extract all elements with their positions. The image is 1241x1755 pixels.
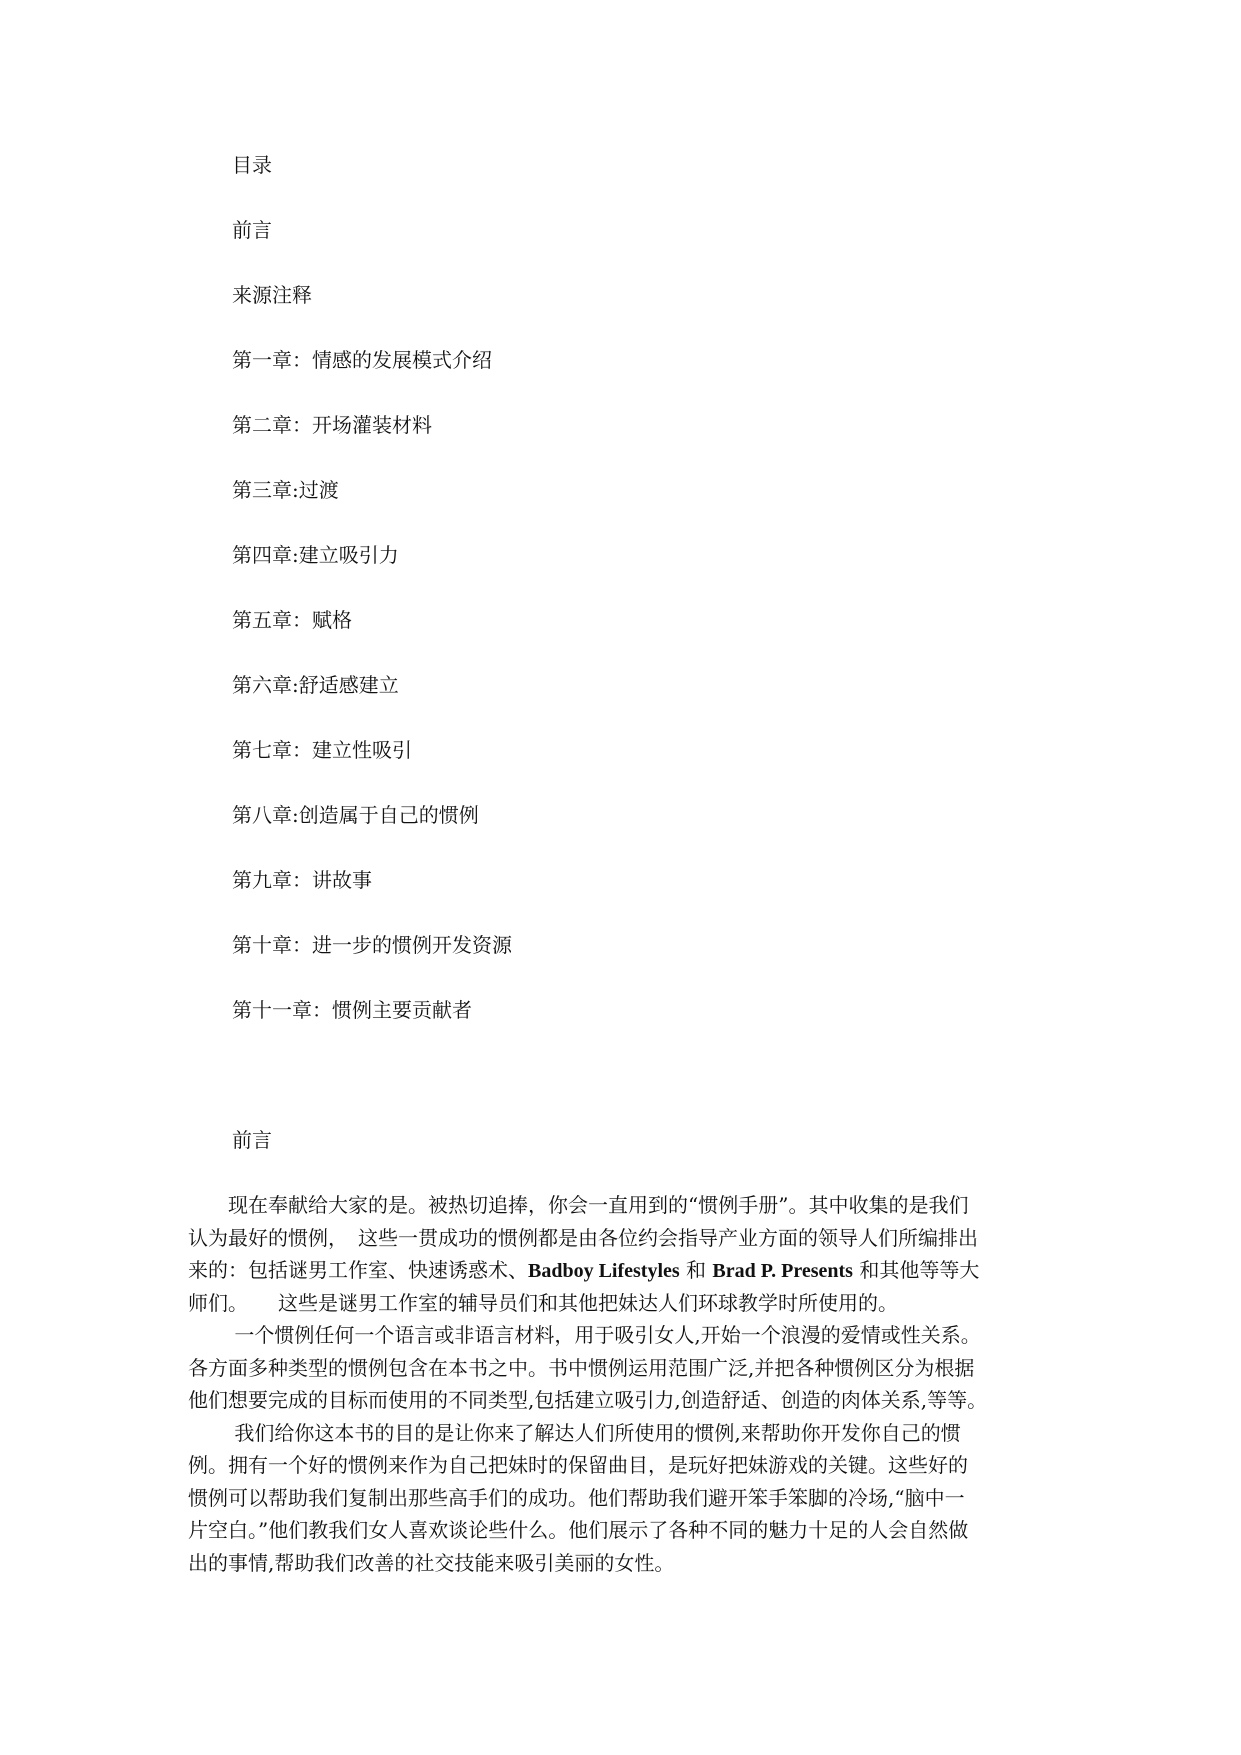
- brand-badboy-lifestyles: Badboy Lifestyles: [528, 1260, 680, 1282]
- toc-item-chapter-1: 第一章：情感的发展模式介绍: [232, 348, 492, 372]
- toc-item-chapter-2: 第二章：开场灌装材料: [232, 413, 432, 437]
- preface-line: 我们给你这本书的目的是让你来了解达人们所使用的惯例,来帮助你开发你自己的惯: [188, 1417, 1054, 1450]
- toc-item-chapter-4: 第四章:建立吸引力: [232, 543, 399, 567]
- preface-line: 他们想要完成的目标而使用的不同类型,包括建立吸引力,创造舒适、创造的肉体关系,等…: [188, 1384, 1054, 1417]
- preface-line: 出的事情,帮助我们改善的社交技能来吸引美丽的女性。: [188, 1547, 1054, 1580]
- toc-item-chapter-9: 第九章：讲故事: [232, 868, 372, 892]
- toc-item-chapter-5: 第五章：赋格: [232, 608, 352, 632]
- toc-item-chapter-8: 第八章:创造属于自己的惯例: [232, 803, 479, 827]
- toc-item-chapter-6: 第六章:舒适感建立: [232, 673, 399, 697]
- brand-brad-p-presents: Brad P. Presents: [712, 1260, 853, 1282]
- toc-item-chapter-7: 第七章：建立性吸引: [232, 738, 412, 762]
- toc-item-chapter-11: 第十一章：惯例主要贡献者: [232, 998, 472, 1022]
- preface-body: 现在奉献给大家的是。被热切追捧，你会一直用到的“惯例手册”。其中收集的是我们 认…: [188, 1189, 1054, 1579]
- preface-line: 例。拥有一个好的惯例来作为自己把妹时的保留曲目，是玩好把妹游戏的关键。这些好的: [188, 1449, 1054, 1482]
- preface-line: 来的：包括谜男工作室、快速诱惑术、Badboy Lifestyles 和 Bra…: [188, 1254, 1054, 1287]
- preface-heading: 前言: [232, 1128, 272, 1152]
- preface-line: 片空白。”他们教我们女人喜欢谈论些什么。他们展示了各种不同的魅力十足的人会自然做: [188, 1514, 1054, 1547]
- toc-item-chapter-10: 第十章：进一步的惯例开发资源: [232, 933, 512, 957]
- toc-item-source-notes: 来源注释: [232, 283, 312, 307]
- toc-title: 目录: [232, 153, 272, 177]
- preface-line: 惯例可以帮助我们复制出那些高手们的成功。他们帮助我们避开笨手笨脚的冷场,“脑中一: [188, 1482, 1054, 1515]
- preface-line: 各方面多种类型的惯例包含在本书之中。书中惯例运用范围广泛,并把各种惯例区分为根据: [188, 1352, 1054, 1385]
- preface-line: 认为最好的惯例， 这些一贯成功的惯例都是由各位约会指导产业方面的领导人们所编排出: [188, 1222, 1054, 1255]
- preface-line: 师们。 这些是谜男工作室的辅导员们和其他把妹达人们环球教学时所使用的。: [188, 1287, 1054, 1320]
- preface-line: 现在奉献给大家的是。被热切追捧，你会一直用到的“惯例手册”。其中收集的是我们: [188, 1189, 1054, 1222]
- toc-item-preface: 前言: [232, 218, 272, 242]
- preface-line: 一个惯例任何一个语言或非语言材料，用于吸引女人,开始一个浪漫的爱情或性关系。: [188, 1319, 1054, 1352]
- toc-item-chapter-3: 第三章:过渡: [232, 478, 339, 502]
